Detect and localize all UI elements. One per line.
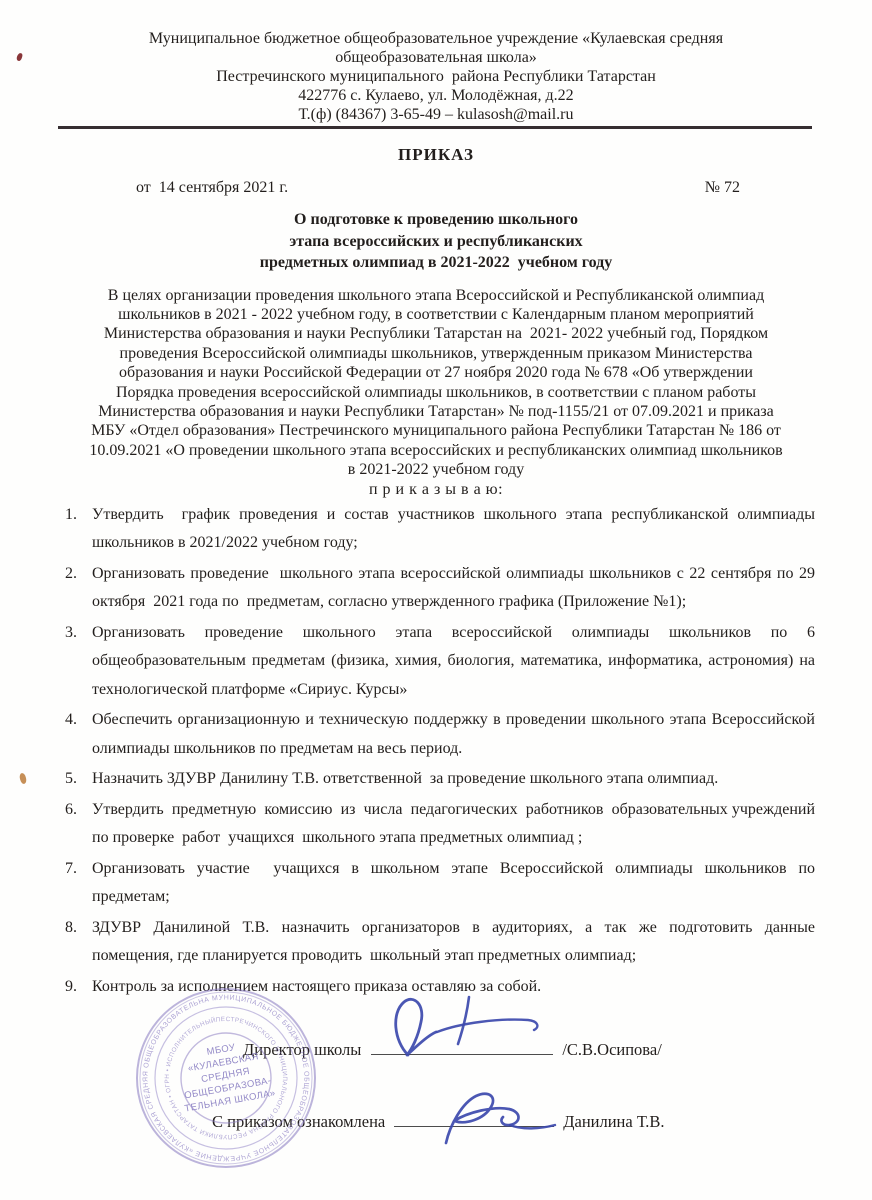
order-date: от 14 сентября 2021 г. (136, 178, 288, 198)
item-number: 8. (65, 914, 77, 943)
school-round-stamp: МУНИЦИПАЛЬНОЕ БЮДЖЕТНОЕ ОБЩЕОБРАЗОВАТЕЛЬ… (115, 967, 337, 1189)
item-text: Назначить ЗДУВР Данилину Т.В. ответствен… (92, 770, 718, 787)
item-text: Утвердить график проведения и состав уча… (92, 506, 819, 552)
letterhead-line: общеобразовательная школа» (0, 48, 872, 67)
preamble-line: Министерства образования и науки Республ… (0, 324, 872, 343)
order-subject-line: О подготовке к проведению школьного (0, 209, 872, 231)
document-type-title: ПРИКАЗ (0, 145, 872, 165)
preamble-line: 10.09.2021 «О проведении школьного этапа… (0, 441, 872, 460)
preamble-line: проведения Всероссийской олимпиады школь… (0, 344, 872, 363)
letterhead: Муниципальное бюджетное общеобразователь… (0, 0, 872, 124)
order-subject: О подготовке к проведению школьногоэтапа… (0, 209, 872, 274)
preamble-line: Порядка проведения всероссийской олимпиа… (0, 383, 872, 402)
letterhead-line: 422776 с. Кулаево, ул. Молодёжная, д.22 (0, 86, 872, 105)
acknowledged-autograph (446, 1094, 555, 1143)
letterhead-line: Муниципальное бюджетное общеобразователь… (0, 29, 872, 48)
order-preamble: В целях организации проведения школьного… (0, 286, 872, 480)
decree-word: п р и к а з ы в а ю: (0, 480, 872, 499)
item-number: 5. (65, 765, 77, 794)
preamble-line: образования и науки Российской Федерации… (0, 363, 872, 382)
director-autograph (396, 997, 538, 1055)
order-item: 2. Организовать проведение школьного эта… (65, 560, 815, 617)
order-item: 1. Утвердить график проведения и состав … (65, 501, 815, 558)
item-text: ЗДУВР Данилиной Т.В. назначить организат… (92, 919, 819, 965)
order-item: 7. Организовать участие учащихся в школь… (65, 855, 815, 912)
order-item: 4. Обеспечить организационную и техничес… (65, 706, 815, 763)
order-subject-line: предметных олимпиад в 2021-2022 учебном … (0, 252, 872, 274)
order-items-list: 1. Утвердить график проведения и состав … (0, 501, 872, 1002)
order-subject-line: этапа всероссийских и республиканских (0, 231, 872, 253)
item-number: 3. (65, 619, 77, 648)
item-number: 6. (65, 796, 77, 825)
item-number: 2. (65, 560, 77, 589)
date-number-row: от 14 сентября 2021 г. № 72 (0, 178, 872, 198)
item-text: Организовать участие учащихся в школьном… (92, 860, 819, 906)
item-text: Организовать проведение школьного этапа … (92, 624, 819, 698)
preamble-line: школьников в 2021 - 2022 учебном году, в… (0, 305, 872, 324)
preamble-line: В целях организации проведения школьного… (0, 286, 872, 305)
preamble-line: в 2021-2022 учебном году (0, 460, 872, 479)
stamp-center-text: МБОУ «КУЛАЕВСКАЯ СРЕДНЯЯ ОБЩЕОБРАЗОВА- Т… (175, 1037, 277, 1115)
handwritten-signatures (350, 975, 600, 1160)
item-number: 7. (65, 855, 77, 884)
letterhead-divider (58, 126, 812, 129)
document-page: Муниципальное бюджетное общеобразователь… (0, 0, 872, 1200)
item-number: 9. (65, 973, 77, 1002)
preamble-line: Министерства образования и науки Республ… (0, 402, 872, 421)
item-text: Утвердить предметную комиссию из числа п… (92, 801, 819, 847)
item-text: Обеспечить организационную и техническую… (92, 711, 819, 757)
order-item: 6. Утвердить предметную комиссию из числ… (65, 796, 815, 853)
letterhead-line: Пестречинского муниципального района Рес… (0, 67, 872, 86)
order-item: 3. Организовать проведение школьного эта… (65, 619, 815, 705)
preamble-line: МБУ «Отдел образования» Пестречинского м… (0, 421, 872, 440)
item-number: 1. (65, 501, 77, 530)
item-number: 4. (65, 706, 77, 735)
order-number: № 72 (705, 178, 740, 198)
item-text: Организовать проведение школьного этапа … (92, 565, 819, 611)
letterhead-line: Т.(ф) (84367) 3-65-49 – kulasosh@mail.ru (0, 105, 872, 124)
order-item: 8. ЗДУВР Данилиной Т.В. назначить органи… (65, 914, 815, 971)
order-item: 5. Назначить ЗДУВР Данилину Т.В. ответст… (65, 765, 815, 794)
